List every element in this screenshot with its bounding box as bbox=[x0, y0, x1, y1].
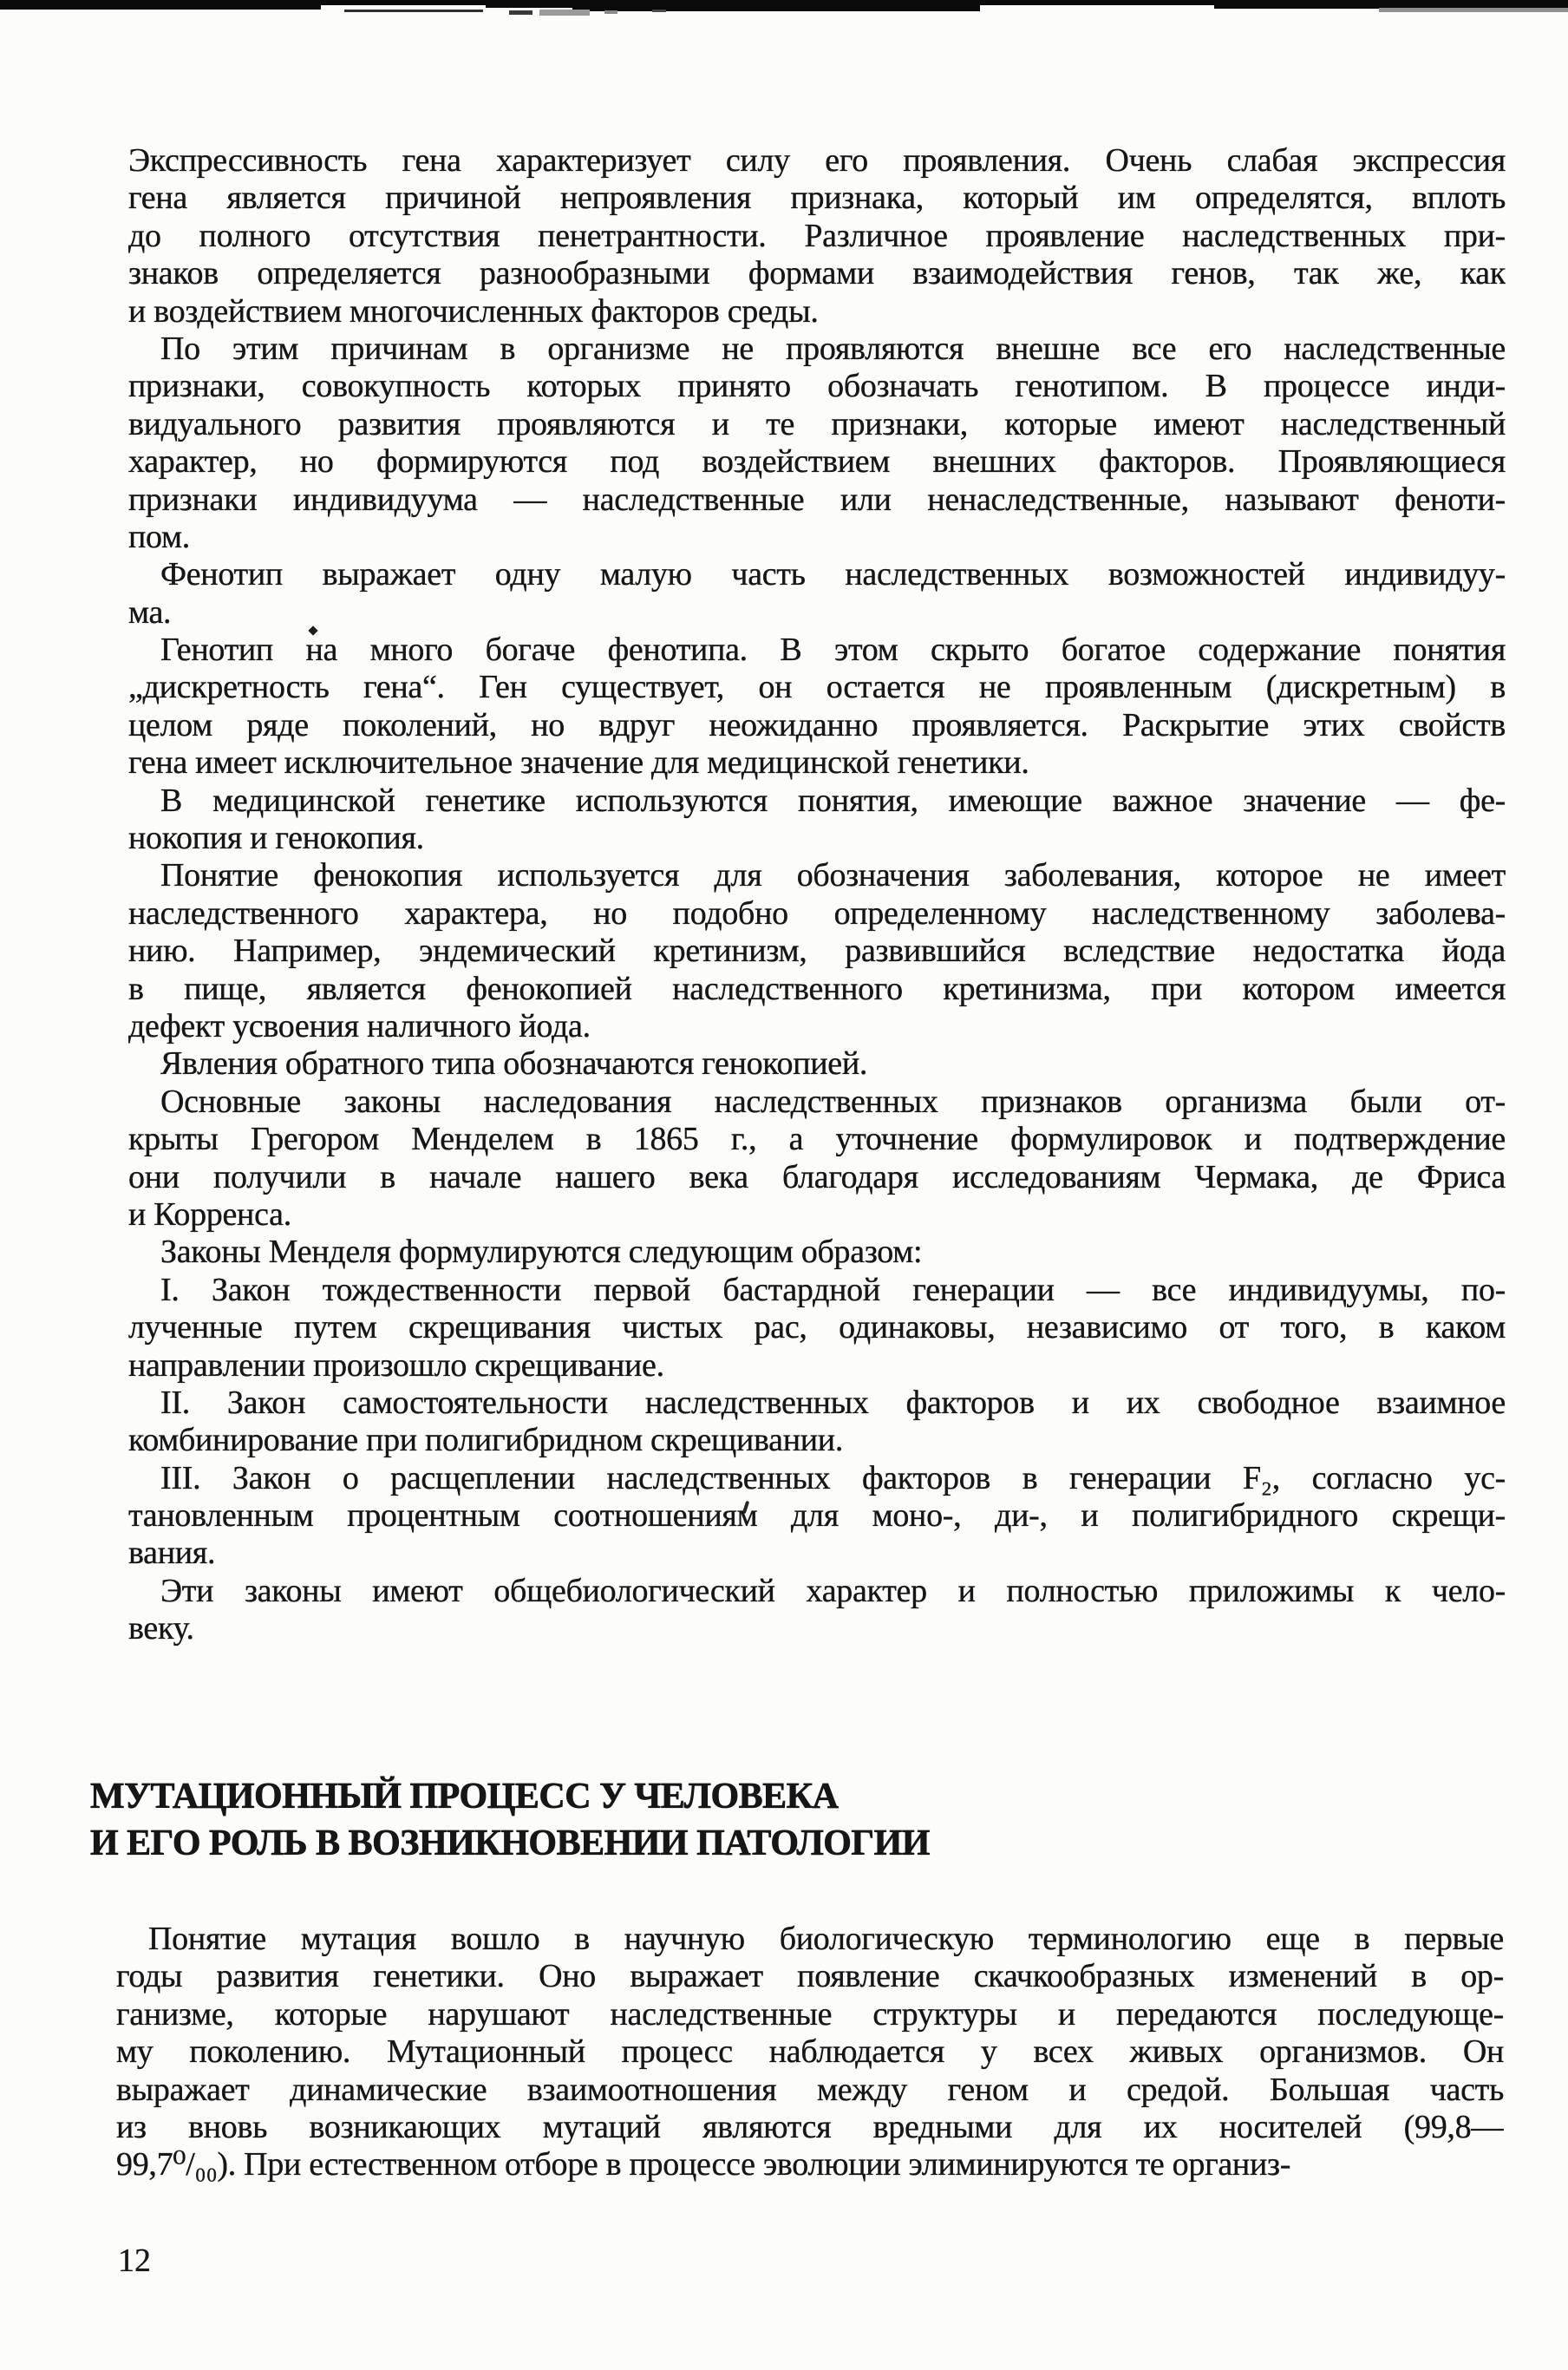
text-line: знаков определяется разнообразными форма… bbox=[128, 255, 1506, 292]
text-line: Фенотип выражает одну малую часть наслед… bbox=[128, 556, 1506, 593]
section-heading: МУТАЦИОННЫЙ ПРОЦЕСС У ЧЕЛОВЕКА И ЕГО РОЛ… bbox=[90, 1773, 930, 1867]
scanned-page: Экспрессивность гена характеризует силу … bbox=[0, 0, 1568, 2370]
scan-smudge-artifact bbox=[344, 10, 483, 12]
scan-edge-artifact bbox=[0, 0, 321, 10]
text-line: крыты Грегором Менделем в 1865 г., а уто… bbox=[128, 1121, 1506, 1158]
text-line: 99,7⁰/₀₀). При естественном отборе в про… bbox=[116, 2146, 1504, 2183]
body-text-bottom: Понятие мутация вошло в научную биологич… bbox=[116, 1921, 1504, 2184]
text-line: Явления обратного типа обозначаются гено… bbox=[128, 1045, 1506, 1083]
page-number: 12 bbox=[118, 2242, 151, 2280]
scan-smudge-artifact bbox=[604, 10, 617, 14]
text-line: они получили в начале нашего века благод… bbox=[128, 1159, 1506, 1196]
text-line: лученные путем скрещивания чистых рас, о… bbox=[128, 1309, 1506, 1346]
scan-edge-artifact bbox=[572, 0, 980, 11]
text-line: комбинирование при полигибридном скрещив… bbox=[128, 1422, 1506, 1459]
text-line: в пище, является фенокопией наследственн… bbox=[128, 971, 1506, 1008]
text-line: Понятие фенокопия используется для обозн… bbox=[128, 857, 1506, 894]
text-line: Экспрессивность гена характеризует силу … bbox=[128, 142, 1506, 180]
text-line: нию. Например, эндемический кретинизм, р… bbox=[128, 933, 1506, 970]
text-line: „дискретность гена“. Ген существует, он … bbox=[128, 669, 1506, 706]
text-line: Эти законы имеют общебиологический харак… bbox=[128, 1573, 1506, 1610]
scan-smudge-artifact bbox=[652, 10, 666, 12]
text-line: выражает динамические взаимоотношения ме… bbox=[116, 2072, 1504, 2109]
text-line: характер, но формируются под воздействие… bbox=[128, 443, 1506, 481]
text-line: II. Закон самостоятельности наследственн… bbox=[128, 1385, 1506, 1422]
text-line: пом. bbox=[128, 519, 1506, 556]
scan-smudge-artifact bbox=[509, 10, 532, 15]
text-line: вания. bbox=[128, 1535, 1506, 1572]
text-line: и воздействием многочисленных факторов с… bbox=[128, 293, 1506, 331]
paragraph: II. Закон самостоятельности наследственн… bbox=[128, 1385, 1506, 1460]
text-line: I. Закон тождественности первой бастардн… bbox=[128, 1272, 1506, 1309]
paragraph: Генотип на много богаче фенотипа. В этом… bbox=[128, 632, 1506, 782]
heading-line: МУТАЦИОННЫЙ ПРОЦЕСС У ЧЕЛОВЕКА bbox=[90, 1773, 930, 1820]
text-line: нокопия и генокопия. bbox=[128, 820, 1506, 857]
text-line: годы развития генетики. Оно выражает поя… bbox=[116, 1958, 1504, 1995]
paragraph: Основные законы наследования наследствен… bbox=[128, 1084, 1506, 1234]
paragraph: III. Закон о расщеплении наследственных … bbox=[128, 1460, 1506, 1573]
paragraph: Законы Менделя формулируются следующим о… bbox=[128, 1234, 1506, 1271]
text-line: му поколению. Мутационный процесс наблюд… bbox=[116, 2033, 1504, 2071]
text-line: В медицинской генетике используются поня… bbox=[128, 782, 1506, 820]
text-line: из вновь возникающих мутаций являются вр… bbox=[116, 2109, 1504, 2146]
paragraph: Эти законы имеют общебиологический харак… bbox=[128, 1573, 1506, 1648]
text-line: Генотип на много богаче фенотипа. В этом… bbox=[128, 632, 1506, 669]
text-line: тановленным процентным соотношениям для … bbox=[128, 1497, 1506, 1535]
text-line: По этим причинам в организме не проявляю… bbox=[128, 331, 1506, 368]
text-line: признаки индивидуума — наследственные ил… bbox=[128, 481, 1506, 519]
paragraph: Экспрессивность гена характеризует силу … bbox=[128, 142, 1506, 331]
text-line: Законы Менделя формулируются следующим о… bbox=[128, 1234, 1506, 1271]
text-line: и Корренса. bbox=[128, 1196, 1506, 1234]
scan-smudge-artifact bbox=[539, 10, 590, 16]
text-line: веку. bbox=[128, 1610, 1506, 1647]
paragraph: Понятие мутация вошло в научную биологич… bbox=[116, 1921, 1504, 2184]
paragraph: Фенотип выражает одну малую часть наслед… bbox=[128, 556, 1506, 632]
text-line: целом ряде поколений, но вдруг неожиданн… bbox=[128, 707, 1506, 744]
text-line: гена имеет исключительное значение для м… bbox=[128, 744, 1506, 782]
paragraph: В медицинской генетике используются поня… bbox=[128, 782, 1506, 858]
scan-edge-artifact bbox=[1379, 8, 1568, 12]
text-line: направлении произошло скрещивание. bbox=[128, 1347, 1506, 1385]
text-line: наследственного характера, но подобно оп… bbox=[128, 895, 1506, 933]
text-line: гена является причиной непроявления приз… bbox=[128, 180, 1506, 217]
text-line: Понятие мутация вошло в научную биологич… bbox=[116, 1921, 1504, 1958]
text-line: видуального развития проявляются и те пр… bbox=[128, 406, 1506, 443]
paragraph: По этим причинам в организме не проявляю… bbox=[128, 331, 1506, 556]
text-line: признаки, совокупность которых принято о… bbox=[128, 368, 1506, 405]
text-line: дефект усвоения наличного йода. bbox=[128, 1008, 1506, 1045]
paragraph: I. Закон тождественности первой бастардн… bbox=[128, 1272, 1506, 1385]
text-line: III. Закон о расщеплении наследственных … bbox=[128, 1460, 1506, 1497]
heading-line: И ЕГО РОЛЬ В ВОЗНИКНОВЕНИИ ПАТОЛОГИИ bbox=[90, 1820, 930, 1867]
text-line: ганизме, которые нарушают наследственные… bbox=[116, 1996, 1504, 2033]
text-line: ма. bbox=[128, 594, 1506, 632]
text-line: до полного отсутствия пенетрантности. Ра… bbox=[128, 218, 1506, 255]
paragraph: Понятие фенокопия используется для обозн… bbox=[128, 857, 1506, 1045]
paragraph: Явления обратного типа обозначаются гено… bbox=[128, 1045, 1506, 1083]
text-line: Основные законы наследования наследствен… bbox=[128, 1084, 1506, 1121]
body-text-top: Экспрессивность гена характеризует силу … bbox=[128, 142, 1506, 1648]
